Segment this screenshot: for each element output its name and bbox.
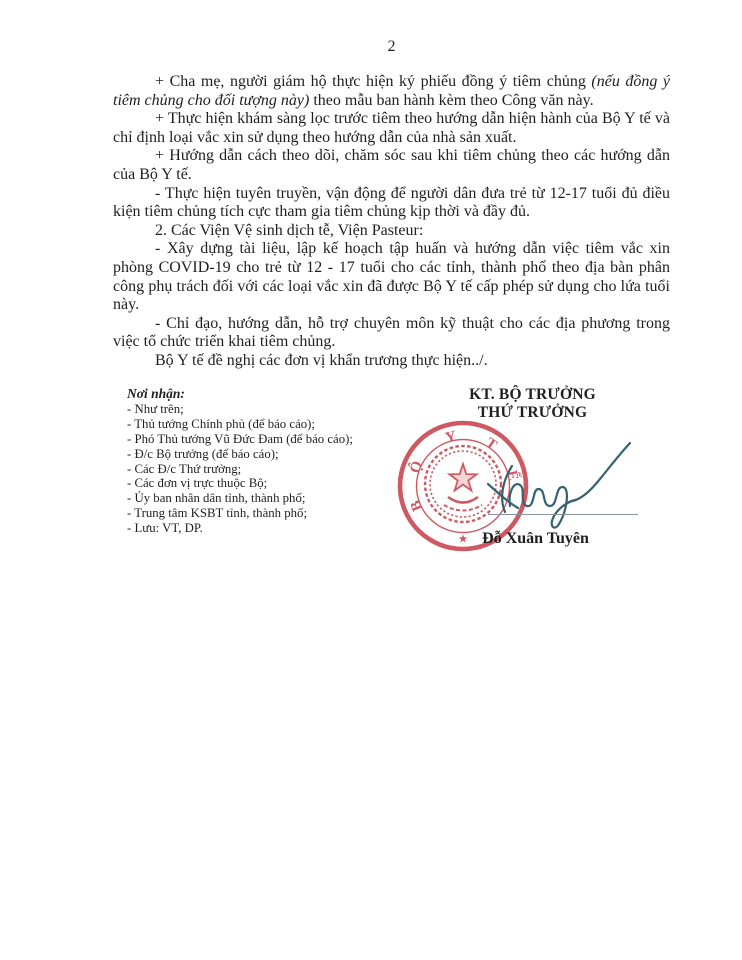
recipients-list: Nơi nhận: - Như trên; - Thủ tướng Chính … [127, 387, 427, 536]
stamp-letter: Y [444, 428, 459, 446]
recipient-line: - Phó Thủ tướng Vũ Đức Đam (để báo cáo); [127, 432, 427, 447]
signer-name: Đỗ Xuân Tuyên [453, 530, 618, 548]
document-body: + Cha mẹ, người giám hộ thực hiện ký phi… [113, 73, 670, 371]
body-paragraph-7: - Chỉ đạo, hướng dẫn, hỗ trợ chuyên môn … [113, 315, 670, 352]
body-paragraph-8: Bộ Y tế đề nghị các đơn vị khẩn trương t… [113, 352, 670, 371]
recipient-line: - Các đơn vị trực thuộc Bộ; [127, 476, 427, 491]
body-paragraph-6: - Xây dựng tài liệu, lập kế hoạch tập hu… [113, 240, 670, 314]
recipient-line: - Các Đ/c Thứ trưởng; [127, 462, 427, 477]
page-number: 2 [113, 38, 670, 56]
recipient-line: - Đ/c Bộ trưởng (để báo cáo); [127, 447, 427, 462]
body-paragraph-3: + Hướng dẫn cách theo dõi, chăm sóc sau … [113, 147, 670, 184]
body-paragraph-4: - Thực hiện tuyên truyền, vận động để ng… [113, 185, 670, 222]
recipient-line: - Thủ tướng Chính phủ (để báo cáo); [127, 417, 427, 432]
recipient-line: - Trung tâm KSBT tỉnh, thành phố; [127, 506, 427, 521]
paragraph-text: + Cha mẹ, người giám hộ thực hiện ký phi… [155, 73, 591, 90]
recipient-line: - Như trên; [127, 402, 427, 417]
signature-authority: KT. BỘ TRƯỞNG THỨ TRƯỞNG [425, 386, 640, 421]
recipient-line: - Ủy ban nhân dân tỉnh, thành phố; [127, 491, 427, 506]
scanned-document-page: { "page": { "number": "2" }, "body": { "… [0, 0, 742, 960]
recipient-line: - Lưu: VT, DP. [127, 521, 427, 536]
signature-stroke [510, 484, 575, 527]
body-paragraph-1: + Cha mẹ, người giám hộ thực hiện ký phi… [113, 73, 670, 110]
body-paragraph-5: 2. Các Viện Vệ sinh dịch tễ, Viện Pasteu… [113, 222, 670, 241]
signature-underline [488, 514, 638, 515]
signature-stroke [573, 443, 630, 501]
signer-title-line1: KT. BỘ TRƯỞNG [425, 386, 640, 404]
body-paragraph-2: + Thực hiện khám sàng lọc trước tiêm the… [113, 110, 670, 147]
paragraph-text: theo mẫu ban hành kèm theo Công văn này. [309, 92, 593, 109]
recipients-heading: Nơi nhận: [127, 387, 427, 402]
